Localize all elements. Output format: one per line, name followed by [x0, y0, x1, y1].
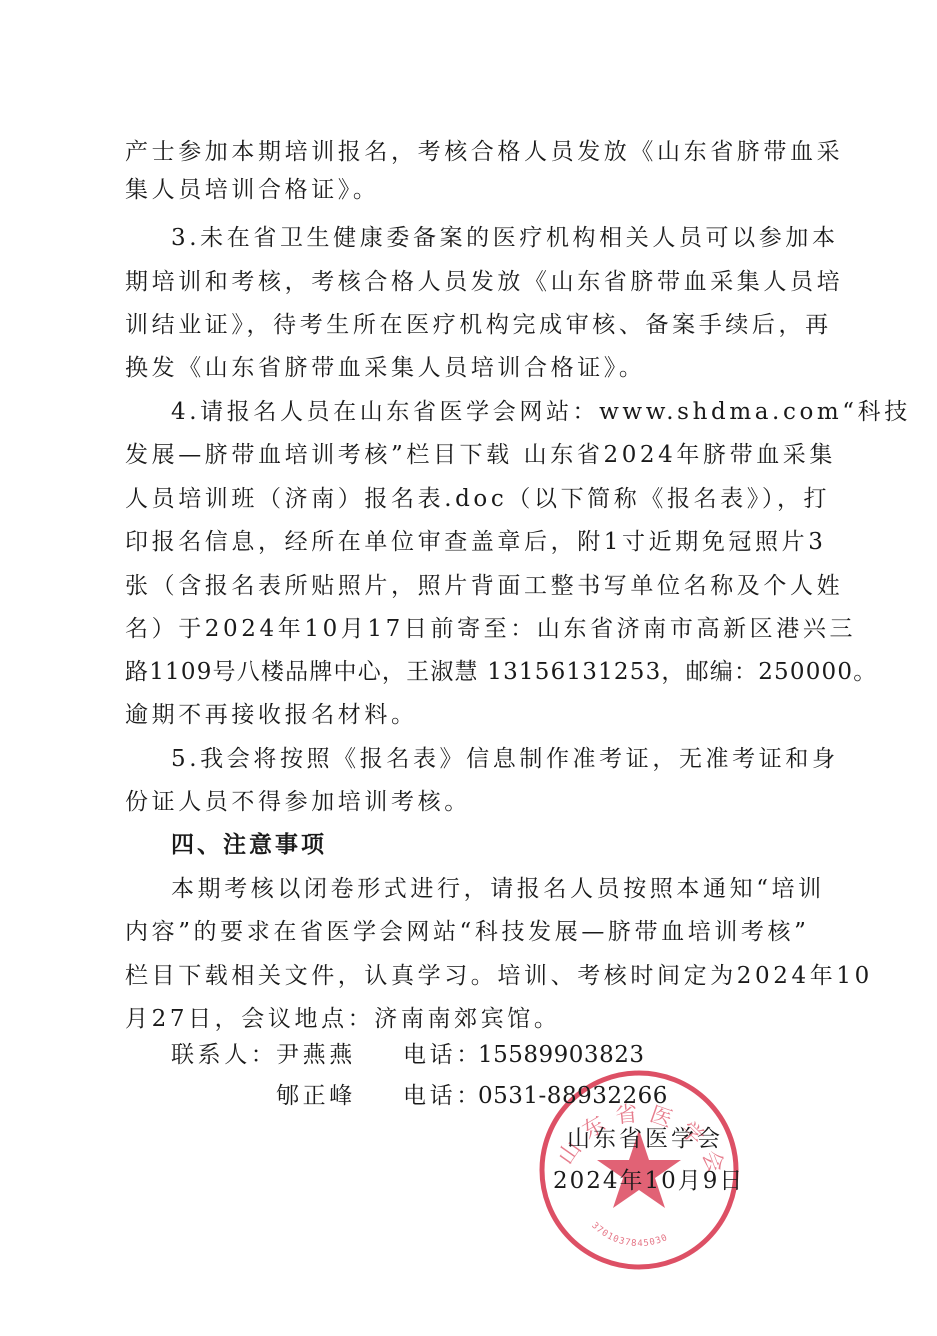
document-page: 产士参加本期培训报名，考核合格人员发放《山东省脐带血采 集人员培训合格证》。 3… — [0, 0, 937, 1336]
item-3-line: 换发《山东省脐带血采集人员培训合格证》。 — [125, 353, 815, 383]
paragraph-line: 集人员培训合格证》。 — [125, 175, 815, 205]
signature-date: 2024年10月9日 — [553, 1166, 744, 1196]
contact-name: 郇正峰 — [276, 1081, 356, 1111]
contact-phone: 0531-88932266 — [478, 1081, 668, 1111]
item-3-line: 期培训和考核，考核合格人员发放《山东省脐带血采集人员培 — [125, 267, 815, 297]
item-4-line: 发展—脐带血培训考核”栏目下载 山东省2024年脐带血采集 — [125, 440, 815, 470]
notice-line: 栏目下载相关文件，认真学习。培训、考核时间定为2024年10 — [125, 961, 815, 991]
item-4-line: 印报名信息，经所在单位审查盖章后，附1寸近期免冠照片3 — [125, 527, 815, 557]
item-5-line: 5.我会将按照《报名表》信息制作准考证，无准考证和身 — [171, 744, 815, 774]
item-3-line: 3.未在省卫生健康委备案的医疗机构相关人员可以参加本 — [171, 223, 815, 253]
item-4-line: 张（含报名表所贴照片，照片背面工整书写单位名称及个人姓 — [125, 571, 815, 601]
item-4-line: 人员培训班（济南）报名表.doc（以下简称《报名表》），打 — [125, 484, 815, 514]
notice-line: 本期考核以闭卷形式进行，请报名人员按照本通知“培训 — [171, 874, 815, 904]
item-4-line: 4.请报名人员在山东省医学会网站：www.shdma.com“科技 — [171, 397, 815, 427]
contact-label: 联系人： — [171, 1040, 277, 1070]
item-3-line: 训结业证》，待考生所在医疗机构完成审核、备案手续后，再 — [125, 310, 815, 340]
contact-phone: 15589903823 — [478, 1040, 644, 1070]
item-4-line: 名）于2024年10月17日前寄至：山东省济南市高新区港兴三 — [125, 614, 815, 644]
paragraph-line: 产士参加本期培训报名，考核合格人员发放《山东省脐带血采 — [125, 137, 815, 167]
item-4-line: 逾期不再接收报名材料。 — [125, 700, 815, 730]
section-heading: 四、注意事项 — [171, 830, 815, 860]
notice-line: 月27日，会议地点：济南南郊宾馆。 — [125, 1004, 815, 1034]
item-4-line: 路1109号八楼品牌中心，王淑慧 13156131253，邮编：250000。 — [125, 657, 815, 687]
svg-text:3701037845030: 3701037845030 — [589, 1221, 669, 1249]
item-5-line: 份证人员不得参加培训考核。 — [125, 787, 815, 817]
contact-phone-label: 电话： — [403, 1081, 483, 1111]
contact-name: 尹燕燕 — [276, 1040, 356, 1070]
signature-organization: 山东省医学会 — [567, 1124, 723, 1154]
notice-line: 内容”的要求在省医学会网站“科技发展—脐带血培训考核” — [125, 917, 815, 947]
contact-phone-label: 电话： — [403, 1040, 483, 1070]
